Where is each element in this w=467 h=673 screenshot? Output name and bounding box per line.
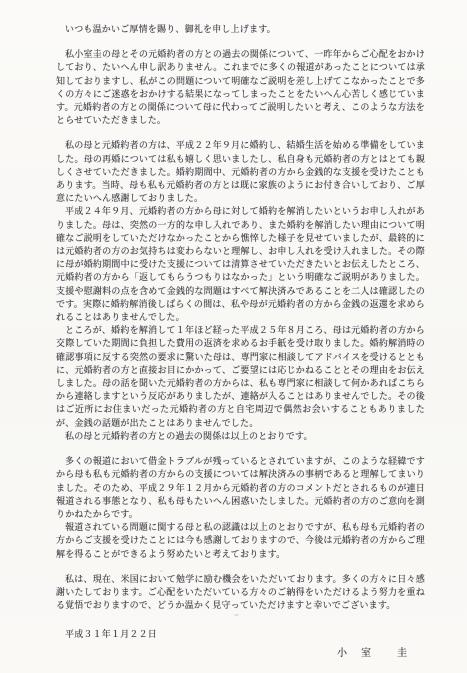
history-paragraph-breakup: 平成２４年９月、元婚約者の方から母に対して婚約を解消したいというお申し入れがあり… <box>56 206 425 325</box>
scanned-letter-page: いつも温かいご厚情を賜り、御礼を申し上げます。 私小室圭の母とその元婚約者の方と… <box>0 0 467 673</box>
media-reports-paragraph: 多くの報道において借金トラブルが残っているとされていますが、このような経緯ですか… <box>56 456 425 522</box>
history-paragraph-engagement: 私の母と元婚約者の方は、平成２２年９月に婚約し、結婚生活を始める準備をしていまし… <box>56 140 425 206</box>
greeting-line: いつも温かいご厚情を賜り、御礼を申し上げます。 <box>56 24 425 37</box>
signature: 小 室 圭 <box>56 647 425 660</box>
present-status-paragraph: 私は、現在、米国において勉学に励む機会をいただいております。多くの方々に日々感謝… <box>56 574 425 614</box>
history-paragraph-repayment-demand: ところが、婚約を解消して１年ほど経った平成２５年８月ころ、母は元婚約者の方から交… <box>56 325 425 431</box>
date-line: 平成３１年１月２２日 <box>56 629 425 642</box>
scan-speck <box>234 614 239 617</box>
scan-speck <box>160 570 163 572</box>
intro-paragraph: 私小室圭の母とその元婚約者の方との過去の関係について、一昨年からご心配をおかけし… <box>56 49 425 128</box>
recognition-paragraph: 報道されている問題に関する母と私の認識は以上のとおりですが、私も母も元婚約者の方… <box>56 522 425 562</box>
history-closing-line: 私の母と元婚約者の方との過去の関係は以上のとおりです。 <box>56 431 425 444</box>
